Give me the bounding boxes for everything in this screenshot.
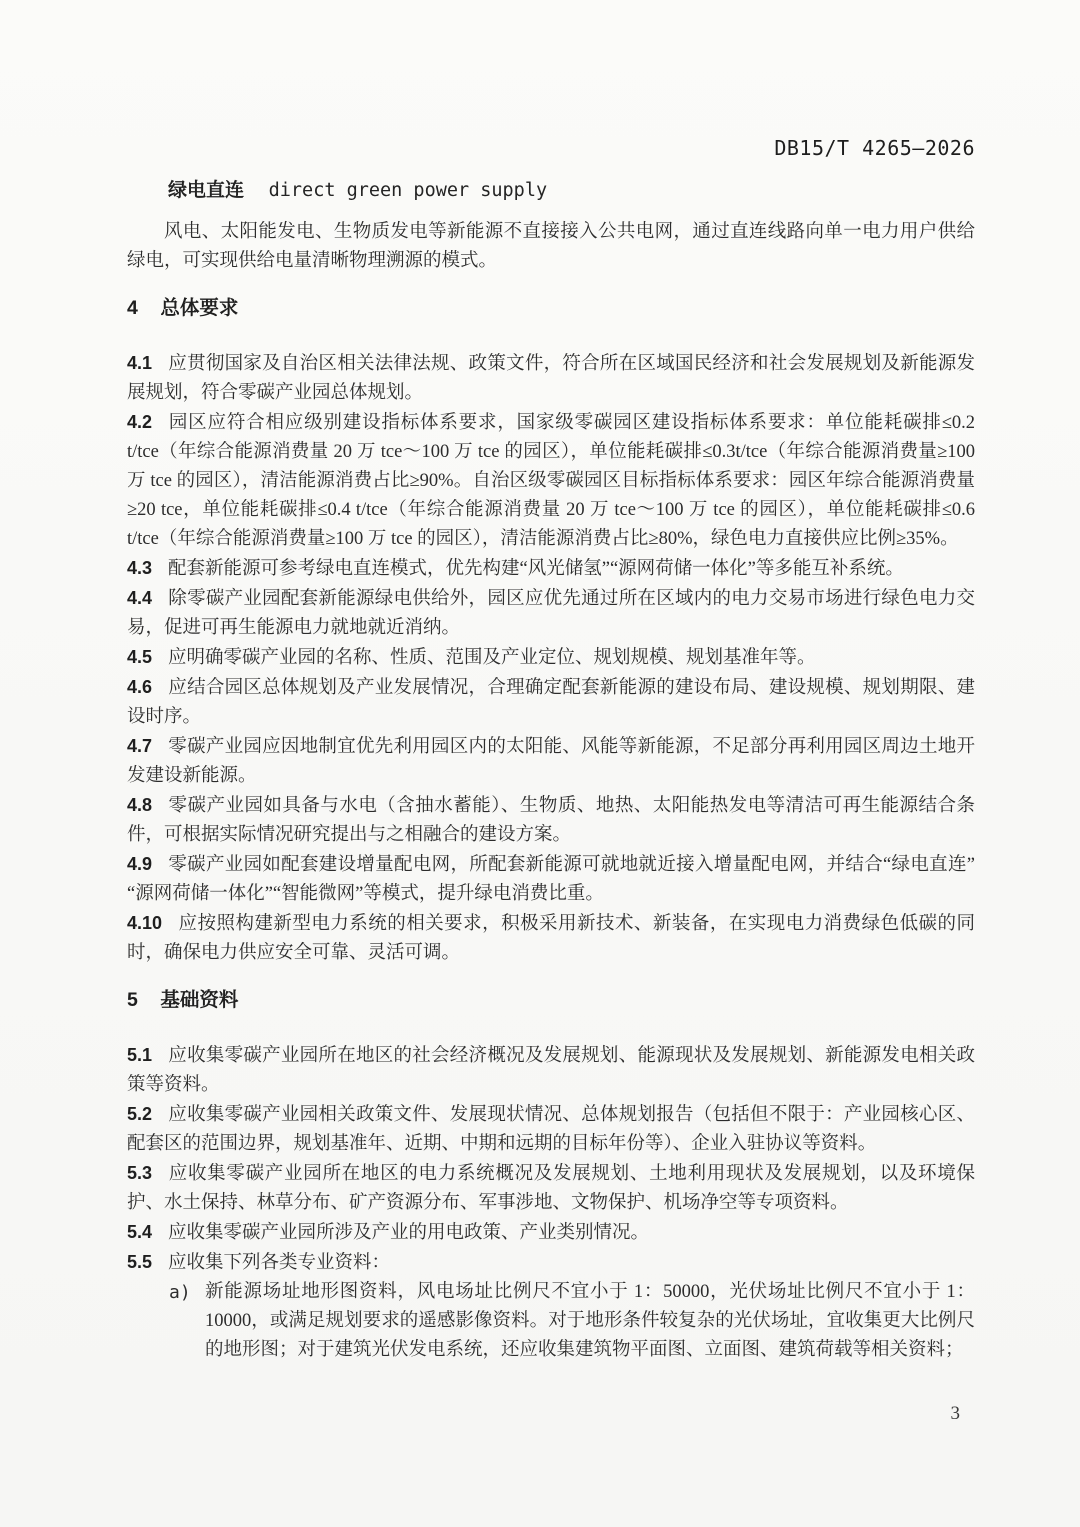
clause-text: 零碳产业园应因地制宜优先利用园区内的太阳能、风能等新能源，不足部分再利用园区周边… (127, 737, 975, 786)
clause-text: 零碳产业园如配套建设增量配电网，所配套新能源可就地就近接入增量配电网，并结合“绿… (127, 855, 975, 904)
clause-4-1: 4.1应贯彻国家及自治区相关法律法规、政策文件，符合所在区域国民经济和社会发展规… (127, 349, 975, 408)
clause-text: 应收集零碳产业园所在地区的社会经济概况及发展规划、能源现状及发展规划、新能源发电… (127, 1046, 975, 1095)
clause-5-2: 5.2应收集零碳产业园相关政策文件、发展现状情况、总体规划报告（包括但不限于：产… (127, 1100, 975, 1159)
page-number: 3 (951, 1399, 961, 1428)
term-en-label: direct green power supply (269, 180, 547, 201)
clause-text: 除零碳产业园配套新能源绿电供给外，园区应优先通过所在区域内的电力交易市场进行绿色… (127, 589, 975, 638)
clause-number: 5.4 (127, 1222, 152, 1242)
clause-5-4: 5.4应收集零碳产业园所涉及产业的用电政策、产业类别情况。 (127, 1218, 975, 1248)
list-item-a: a) 新能源场址地形图资料，风电场址比例尺不宜小于 1：50000，光伏场址比例… (127, 1278, 975, 1365)
section-4-title: 总体要求 (160, 297, 238, 319)
section-5-number: 5 (127, 986, 155, 1015)
clause-4-9: 4.9零碳产业园如配套建设增量配电网，所配套新能源可就地就近接入增量配电网，并结… (127, 850, 975, 909)
clause-number: 4.6 (127, 677, 152, 697)
clause-number: 4.4 (127, 588, 152, 608)
clause-text: 园区应符合相应级别建设指标体系要求，国家级零碳园区建设指标体系要求：单位能耗碳排… (127, 413, 975, 549)
clause-text: 应明确零碳产业园的名称、性质、范围及产业定位、规划规模、规划基准年等。 (168, 648, 816, 668)
clause-text: 应贯彻国家及自治区相关法律法规、政策文件，符合所在区域国民经济和社会发展规划及新… (127, 354, 975, 403)
section-4-number: 4 (127, 294, 155, 323)
clause-number: 4.1 (127, 353, 152, 373)
clause-text: 应收集下列各类专业资料： (168, 1253, 390, 1273)
clause-4-5: 4.5应明确零碳产业园的名称、性质、范围及产业定位、规划规模、规划基准年等。 (127, 643, 975, 673)
clause-4-6: 4.6应结合园区总体规划及产业发展情况，合理确定配套新能源的建设布局、建设规模、… (127, 673, 975, 732)
clause-number: 4.7 (127, 736, 152, 756)
clause-text: 零碳产业园如具备与水电（含抽水蓄能）、生物质、地热、太阳能热发电等清洁可再生能源… (127, 796, 975, 845)
term-zh-label: 绿电直连 (168, 180, 244, 201)
clause-4-4: 4.4除零碳产业园配套新能源绿电供给外，园区应优先通过所在区域内的电力交易市场进… (127, 584, 975, 643)
section-5-title: 基础资料 (160, 989, 238, 1011)
clause-5-1: 5.1应收集零碳产业园所在地区的社会经济概况及发展规划、能源现状及发展规划、新能… (127, 1041, 975, 1100)
document-page: DB15/T 4265—2026 绿电直连 direct green power… (0, 0, 1080, 1527)
term-heading: 绿电直连 direct green power supply (127, 176, 975, 206)
clause-number: 5.5 (127, 1252, 152, 1272)
clause-4-7: 4.7零碳产业园应因地制宜优先利用园区内的太阳能、风能等新能源，不足部分再利用园… (127, 732, 975, 791)
clause-text: 应收集零碳产业园所涉及产业的用电政策、产业类别情况。 (168, 1223, 649, 1243)
clause-text: 应结合园区总体规划及产业发展情况，合理确定配套新能源的建设布局、建设规模、规划期… (127, 678, 975, 727)
clause-number: 5.1 (127, 1045, 152, 1065)
clause-4-2: 4.2园区应符合相应级别建设指标体系要求，国家级零碳园区建设指标体系要求：单位能… (127, 408, 975, 554)
section-5-heading: 5 基础资料 (127, 986, 975, 1015)
standard-code-header: DB15/T 4265—2026 (127, 134, 975, 162)
term-definition: 风电、太阳能发电、生物质发电等新能源不直接接入公共电网，通过直连线路向单一电力用… (127, 218, 975, 276)
clause-number: 4.5 (127, 647, 152, 667)
clause-number: 5.2 (127, 1104, 152, 1124)
clause-5-3: 5.3应收集零碳产业园所在地区的电力系统概况及发展规划、土地利用现状及发展规划，… (127, 1159, 975, 1218)
clause-number: 5.3 (127, 1163, 152, 1183)
clause-4-3: 4.3配套新能源可参考绿电直连模式，优先构建“风光储氢”“源网荷储一体化”等多能… (127, 554, 975, 584)
clause-4-8: 4.8零碳产业园如具备与水电（含抽水蓄能）、生物质、地热、太阳能热发电等清洁可再… (127, 791, 975, 850)
clause-text: 应收集零碳产业园所在地区的电力系统概况及发展规划、土地利用现状及发展规划，以及环… (127, 1164, 975, 1213)
clause-text: 应按照构建新型电力系统的相关要求，积极采用新技术、新装备，在实现电力消费绿色低碳… (127, 914, 975, 963)
clause-5-5: 5.5应收集下列各类专业资料： (127, 1248, 975, 1278)
clause-number: 4.8 (127, 795, 152, 815)
section-4-heading: 4 总体要求 (127, 294, 975, 323)
clause-number: 4.3 (127, 558, 152, 578)
clause-4-10: 4.10应按照构建新型电力系统的相关要求，积极采用新技术、新装备，在实现电力消费… (127, 909, 975, 968)
list-marker: a) (169, 1278, 205, 1365)
clause-text: 应收集零碳产业园相关政策文件、发展现状情况、总体规划报告（包括但不限于：产业园核… (127, 1105, 975, 1154)
clause-number: 4.10 (127, 913, 162, 933)
clause-number: 4.9 (127, 854, 152, 874)
list-text: 新能源场址地形图资料，风电场址比例尺不宜小于 1：50000，光伏场址比例尺不宜… (205, 1278, 975, 1365)
clause-text: 配套新能源可参考绿电直连模式，优先构建“风光储氢”“源网荷储一体化”等多能互补系… (168, 559, 904, 579)
clause-number: 4.2 (127, 412, 152, 432)
